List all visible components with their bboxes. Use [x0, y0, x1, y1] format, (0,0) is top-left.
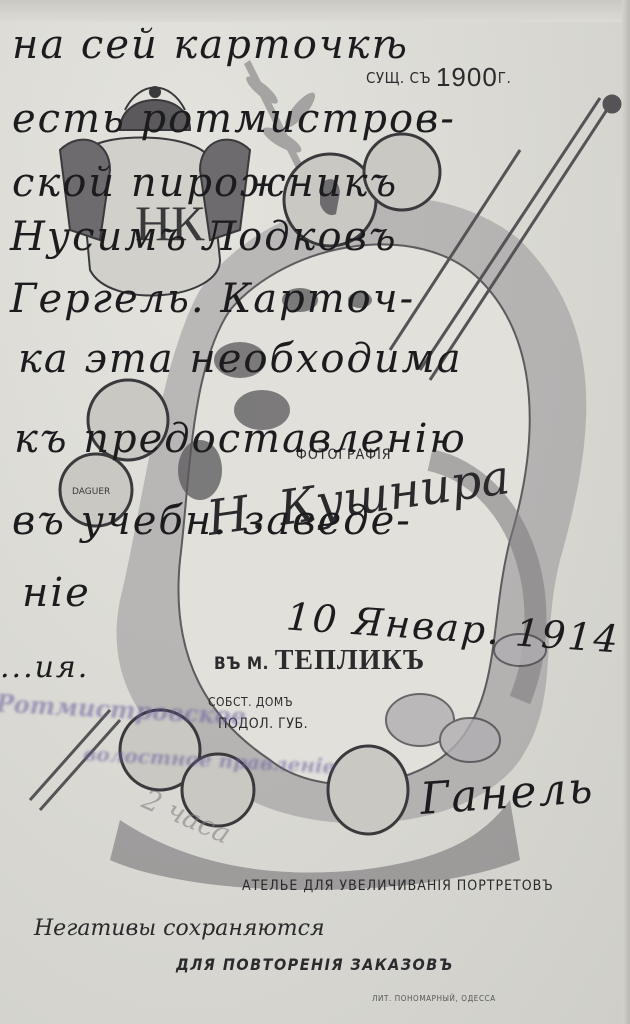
town-name: ТЕПЛИКЪ	[275, 645, 426, 676]
established-label: СУЩ. СЪ	[366, 69, 431, 87]
handwriting-line: Нусимъ Лодковъ	[10, 214, 398, 260]
established-suffix: Г.	[498, 69, 512, 87]
handwriting-fragment: ...ия.	[0, 650, 89, 685]
handwriting-line: на сей карточкѣ	[12, 22, 409, 68]
handwriting-line: къ предоставленію	[14, 416, 467, 462]
negatives-kept: Негативы сохраняются	[34, 916, 325, 941]
svg-text:DAGUER: DAGUER	[72, 487, 110, 497]
repeat-orders: ДЛЯ ПОВТОРЕНІЯ ЗАКАЗОВЪ	[176, 955, 454, 974]
cabinet-card-back: НК DAGUER	[0, 0, 630, 1024]
handwriting-line: есть ротмистров-	[12, 96, 456, 142]
stamp-line-2: волостное правленіе	[83, 741, 336, 778]
established-year: 1900	[436, 62, 498, 92]
handwriting-line: ніе	[22, 570, 91, 616]
handwriting-line: въ учебн. заведе-	[12, 498, 412, 544]
handwriting-line: Гергель. Карточ-	[10, 276, 415, 322]
atelier-tagline: АТЕЛЬЕ ДЛЯ УВЕЛИЧИВАНІЯ ПОРТРЕТОВЪ	[242, 878, 554, 894]
town-line: ВЪ М. ТЕПЛИКЪ	[214, 645, 425, 677]
town-prefix: ВЪ М.	[214, 654, 269, 674]
handwriting-line: ка эта необходима	[18, 336, 463, 382]
lithographer-credit: ЛИТ. ПОНОМАРНЫЙ, ОДЕССА	[372, 994, 496, 1003]
handwriting-line: ской пирожникъ	[12, 160, 398, 206]
